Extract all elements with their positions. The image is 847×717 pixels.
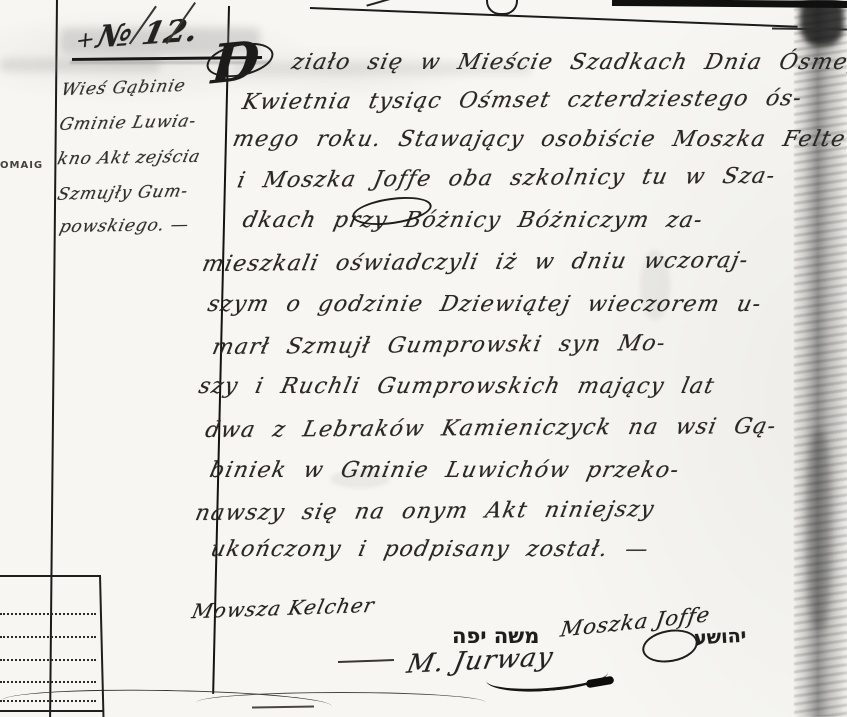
body-line-2: Kwietnia tysiąc Ośmset czterdziestego ós… (240, 86, 805, 115)
registry-box-dotted-row (0, 636, 96, 638)
stray-pen-loop (486, 0, 518, 15)
margin-note-line-4: Szmujły Gum- (55, 181, 190, 204)
registrar-leading-dash (338, 659, 394, 663)
body-line-10: dwa z Lebraków Kamieniczyck na wsi Gą- (203, 414, 779, 443)
margin-note-line-5: powskiego. — (57, 215, 191, 237)
stray-pen-stroke (366, 0, 399, 7)
body-line-3: mego roku. Stawający osobiście Moszka Fe… (230, 127, 847, 152)
body-line-13: ukończony i podpisany został. — (208, 537, 651, 562)
registry-box-dotted-row (0, 613, 96, 615)
body-line-4: i Moszka Joffe oba szkolnicy tu w Sza- (235, 164, 778, 194)
bottom-fold-arc (196, 692, 486, 713)
gutter-shadow-mid (806, 430, 832, 630)
body-line-6: mieszkali oświadczyli iż w dniu wczoraj- (200, 248, 751, 277)
body-line-11: biniek w Gminie Luwichów przeko- (207, 458, 682, 483)
body-line-12: nawszy się na onym Akt niniejszy (193, 497, 657, 526)
signature-paraph-hebrew: יהושע (693, 625, 746, 650)
scanned-death-record-page: + № 12. Wieś Gąbinie Gminie Luwia- kno A… (0, 0, 847, 717)
body-line-9: szy i Ruchli Gumprowskich mający lat (196, 374, 717, 399)
registry-box-top-border (0, 575, 100, 577)
registry-box-dotted-row (0, 681, 96, 683)
margin-note-line-2: Gminie Luwia- (57, 111, 198, 135)
margin-note-line-3: kno Akt zejścia (55, 147, 202, 169)
body-line-7: szym o godzinie Dziewiątej wieczorem u- (205, 292, 764, 317)
body-line-1: ziało się w Mieście Szadkach Dnia Ósmego (289, 50, 847, 75)
act-cross-mark: + (75, 27, 96, 54)
margin-note-line-1: Wieś Gąbinie (59, 76, 187, 100)
top-edge-bar (612, 0, 847, 8)
edge-stamp-fragment: OMAIG (0, 160, 43, 171)
registry-box-dotted-row (0, 700, 96, 702)
signature-witness-1: Mowsza Kelcher (190, 593, 377, 623)
registry-box-dotted-row (0, 659, 96, 661)
registry-box-bottom-border (0, 710, 104, 712)
body-line-8: marł Szmujł Gumprowski syn Mo- (210, 331, 668, 360)
top-ruled-line (310, 7, 798, 28)
left-margin-rule (49, 0, 58, 717)
body-line-5: dkach przy Bóżnicy Bóżniczym za- (240, 208, 705, 233)
